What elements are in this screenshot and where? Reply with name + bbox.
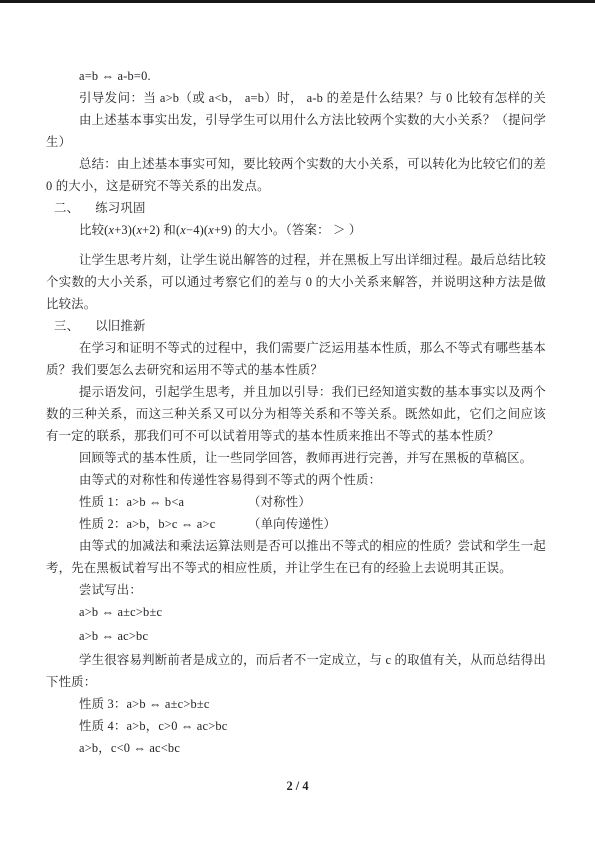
property-text: 性质 3：a>b ⇔ a±c>b±c [79, 697, 210, 711]
text-line: 质？我们要怎么去研究和运用不等式的基本性质？ [46, 359, 546, 381]
math-line: a=b ⇔ a-b=0. [46, 65, 546, 87]
text-line: 由等式的加减法和乘法运算法则是否可以推出不等式的相应的性质？尝试和学生一起思 [46, 535, 546, 557]
heading-number: 三、 [54, 319, 79, 333]
property-line: 性质 4：a>b，c>0 ⇔ ac>bc [46, 715, 546, 737]
text-line: 引导发问：当 a>b（或 a<b， a=b）时， a-b 的差是什么结果？与 0… [46, 87, 546, 109]
text-line: 下性质： [46, 671, 546, 693]
property-annotation: （单向传递性） [248, 513, 336, 535]
text-line: 提示语发问，引起学生思考，并且加以引导：我们已经知道实数的基本事实以及两个实 [46, 381, 546, 403]
text-line: 考，先在黑板试着写出不等式的相应性质，并让学生在已有的经验上去说明其正误。 [46, 557, 546, 579]
heading-number: 二、 [54, 201, 79, 215]
formula-line: 比较(x+3)(x+2) 和(x−4)(x+9) 的大小。（答案： ＞ ） [46, 219, 546, 241]
text-line: 回顾等式的基本性质，让一些同学回答，教师再进行完善，并写在黑板的草稿区。 [46, 447, 546, 469]
text-line: 由上述基本事实出发，引导学生可以用什么方法比较两个实数的大小关系？（提问学 [46, 109, 546, 131]
text-line: 个实数的大小关系，可以通过考察它们的差与 0 的大小关系来解答，并说明这种方法是… [46, 271, 546, 293]
math-variable-x: x [208, 223, 214, 237]
property-line: 性质 1：a>b ⇔ b<a（对称性） [46, 491, 546, 513]
text-line: 生） [46, 131, 546, 153]
property-line: 性质 3：a>b ⇔ a±c>b±c [46, 693, 546, 715]
text-line: 让学生思考片刻，让学生说出解答的过程，并在黑板上写出详细过程。最后总结比较两 [46, 249, 546, 271]
property-text: 性质 4：a>b，c>0 ⇔ ac>bc [79, 719, 228, 733]
heading-line: 三、以旧推新 [46, 315, 546, 337]
property-annotation: （对称性） [248, 491, 311, 513]
math-line: a>b ⇔ a±c>b±c [46, 601, 546, 623]
property-line: 性质 2：a>b，b>c ⇔ a>c（单向传递性） [46, 513, 546, 535]
text-line: 0 的大小，这是研究不等关系的出发点。 [46, 175, 546, 197]
text-line: 总结：由上述基本事实可知，要比较两个实数的大小关系，可以转化为比较它们的差与 [46, 153, 546, 175]
text-line: 尝试写出： [46, 579, 546, 601]
heading-title: 练习巩固 [95, 201, 145, 215]
text-line: 数的三种关系，而这三种关系又可以分为相等关系和不等关系。既然如此，它们之间应该会 [46, 403, 546, 425]
math-line: a>b ⇔ ac>bc [46, 625, 546, 647]
property-text: 性质 2：a>b，b>c ⇔ a>c [79, 517, 215, 531]
text-line: 学生很容易判断前者是成立的，而后者不一定成立，与 c 的取值有关，从而总结得出以 [46, 649, 546, 671]
property-text: 性质 1：a>b ⇔ b<a [79, 495, 184, 509]
window-top-border [0, 0, 595, 3]
heading-line: 二、练习巩固 [46, 197, 546, 219]
text-line: 有一定的联系，那我们可不可以试着用等式的基本性质来推出不等式的基本性质？ [46, 425, 546, 447]
math-line: a>b，c<0 ⇔ ac<bc [46, 737, 546, 759]
text-line: 在学习和证明不等式的过程中，我们需要广泛运用基本性质，那么不等式有哪些基本性 [46, 337, 546, 359]
text-line: 由等式的对称性和传递性容易得到不等式的两个性质： [46, 469, 546, 491]
text-line: 比较法。 [46, 293, 546, 315]
math-variable-x: x [136, 223, 142, 237]
document-body: a=b ⇔ a-b=0.引导发问：当 a>b（或 a<b， a=b）时， a-b… [46, 65, 546, 759]
math-variable-x: x [109, 223, 115, 237]
heading-title: 以旧推新 [95, 319, 145, 333]
page-number: 2 / 4 [0, 775, 595, 797]
math-variable-x: x [180, 223, 186, 237]
